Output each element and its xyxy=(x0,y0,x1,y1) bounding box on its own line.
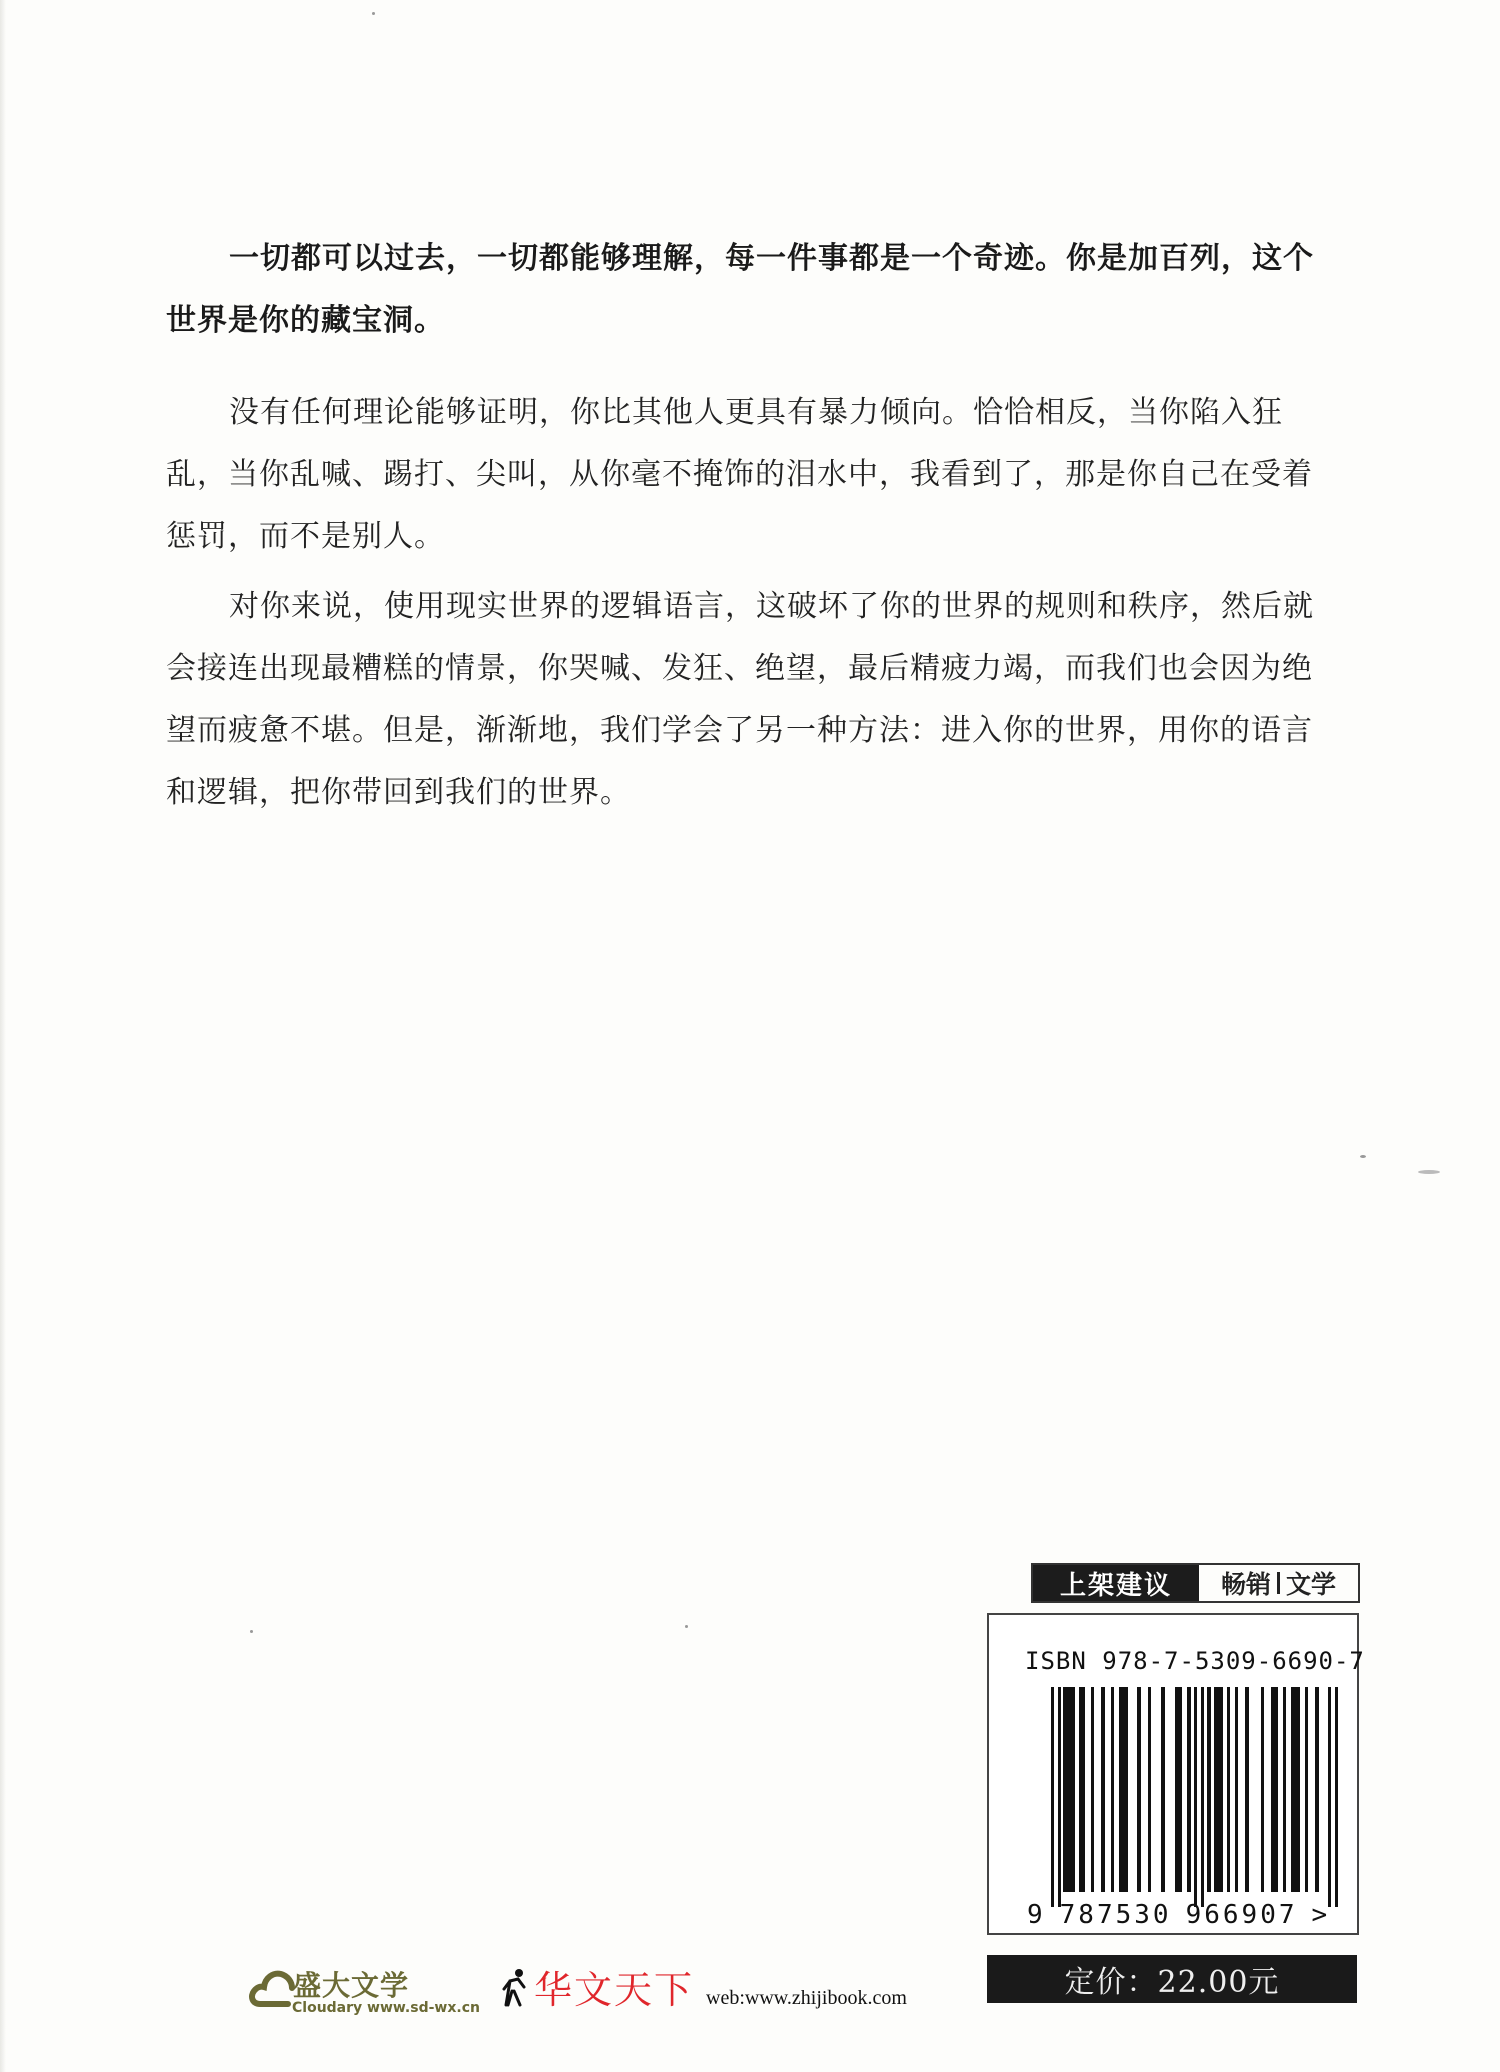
isbn-barcode-box: ISBN 978-7-5309-6690-7 xyxy=(987,1613,1359,1935)
huawen-name: 华文天下 xyxy=(534,1959,694,2014)
page-edge-shadow xyxy=(0,0,6,2072)
shelf-category: 畅销 xyxy=(1221,1565,1271,1601)
scan-speck xyxy=(685,1625,688,1628)
barcode-digit-group: 787530 xyxy=(1060,1900,1172,1930)
barcode-digit-group: 966907 xyxy=(1186,1900,1298,1930)
price-bar: 定价：22.00元 xyxy=(987,1955,1357,2003)
barcode-lead-digit: 9 xyxy=(1027,1900,1046,1930)
blurb-paragraph: 对你来说，使用现实世界的逻辑语言，这破坏了你的世界的规则和秩序，然后就会接连出现… xyxy=(166,576,1336,824)
scan-speck xyxy=(1360,1155,1366,1158)
cloudary-logo: 盛大文学 Cloudary www.sd-wx.cn xyxy=(248,1962,478,2020)
scan-speck xyxy=(1418,1170,1440,1174)
shelf-label-title: 上架建议 xyxy=(1033,1565,1199,1601)
scan-speck xyxy=(250,1630,253,1633)
blurb-paragraph: 没有任何理论能够证明，你比其他人更具有暴力倾向。恰恰相反，当你陷入狂乱，当你乱喊… xyxy=(166,382,1336,568)
shelf-category: 文学 xyxy=(1286,1565,1336,1601)
barcode-icon xyxy=(1049,1687,1349,1907)
publisher-logos: 盛大文学 Cloudary www.sd-wx.cn 华文天下 web:www.… xyxy=(248,1960,907,2020)
cloudary-chinese-name: 盛大文学 xyxy=(293,1964,409,2004)
isbn-number: ISBN 978-7-5309-6690-7 xyxy=(1025,1647,1365,1675)
barcode-quiet-zone-marker: > xyxy=(1312,1900,1331,1930)
shelf-label-categories: 畅销 文学 xyxy=(1199,1565,1358,1601)
huawen-logo: 华文天下 xyxy=(500,1959,694,2014)
blurb-headline-paragraph: 一切都可以过去，一切都能够理解，每一件事都是一个奇迹。你是加百列，这个世界是你的… xyxy=(166,228,1336,352)
scan-speck xyxy=(372,12,375,15)
barcode-digits: 9787530966907> xyxy=(1027,1900,1330,1930)
category-separator xyxy=(1277,1572,1280,1594)
cloudary-english-name: Cloudary www.sd-wx.cn xyxy=(292,2000,480,2016)
figure-icon xyxy=(500,1967,530,2007)
publisher-website: web:www.zhijibook.com xyxy=(706,1987,907,2010)
price-label: 定价：22.00元 xyxy=(1065,1957,1280,2001)
shelf-recommendation-label: 上架建议 畅销 文学 xyxy=(1031,1563,1360,1603)
